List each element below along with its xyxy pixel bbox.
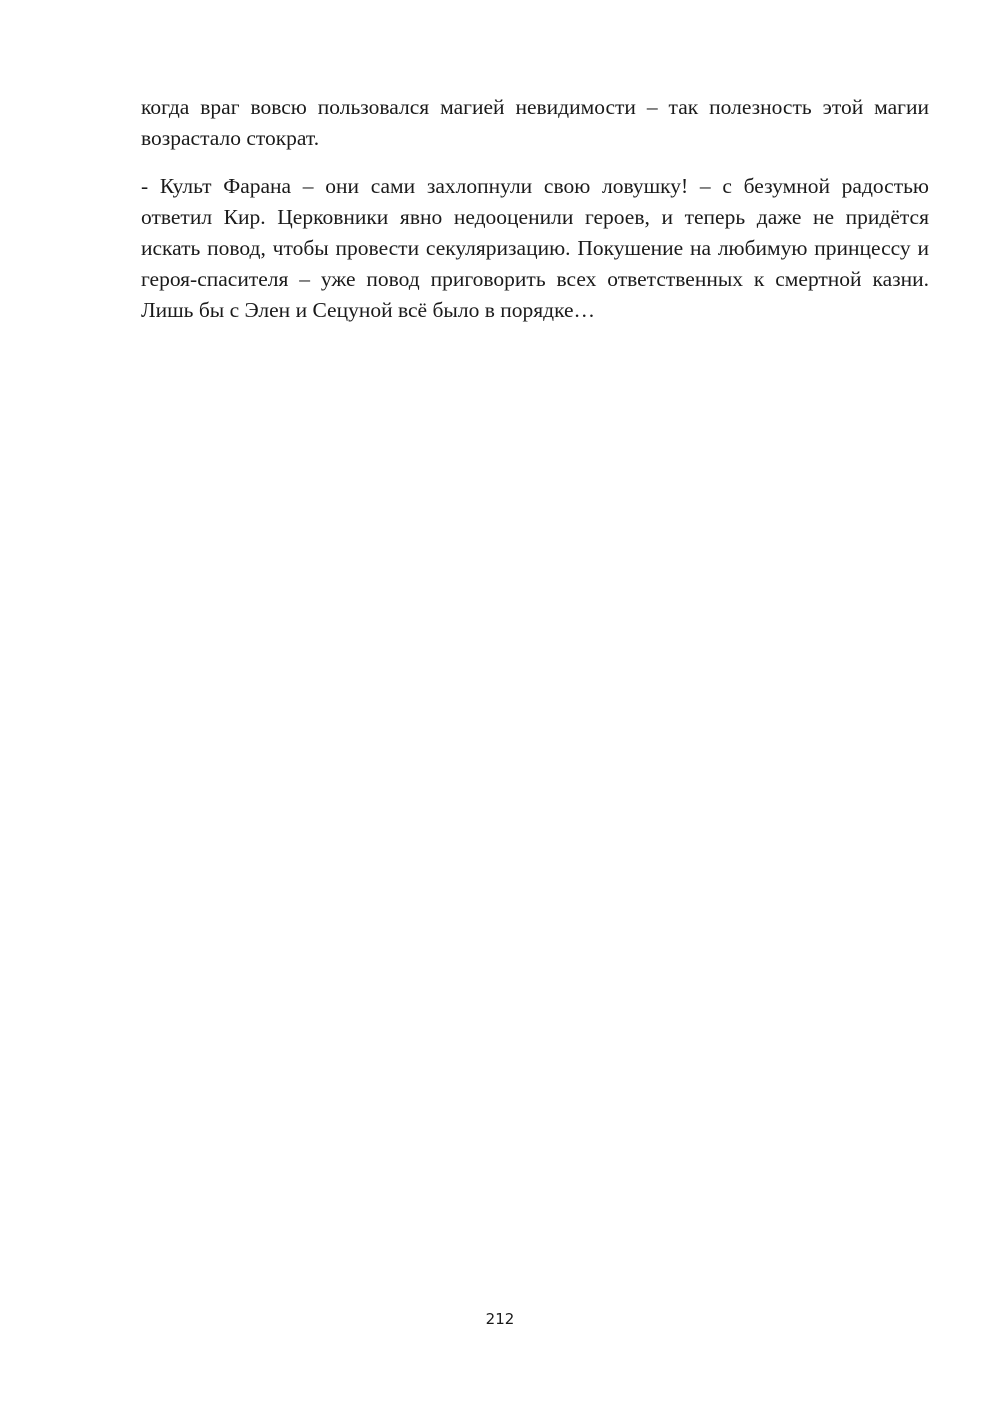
paragraph: - Культ Фарана – они сами захлопнули сво… (141, 171, 929, 326)
page-body: когда враг вовсю пользовался магией неви… (141, 92, 929, 343)
paragraph: когда враг вовсю пользовался магией неви… (141, 92, 929, 154)
page-number: 212 (0, 1310, 1000, 1328)
